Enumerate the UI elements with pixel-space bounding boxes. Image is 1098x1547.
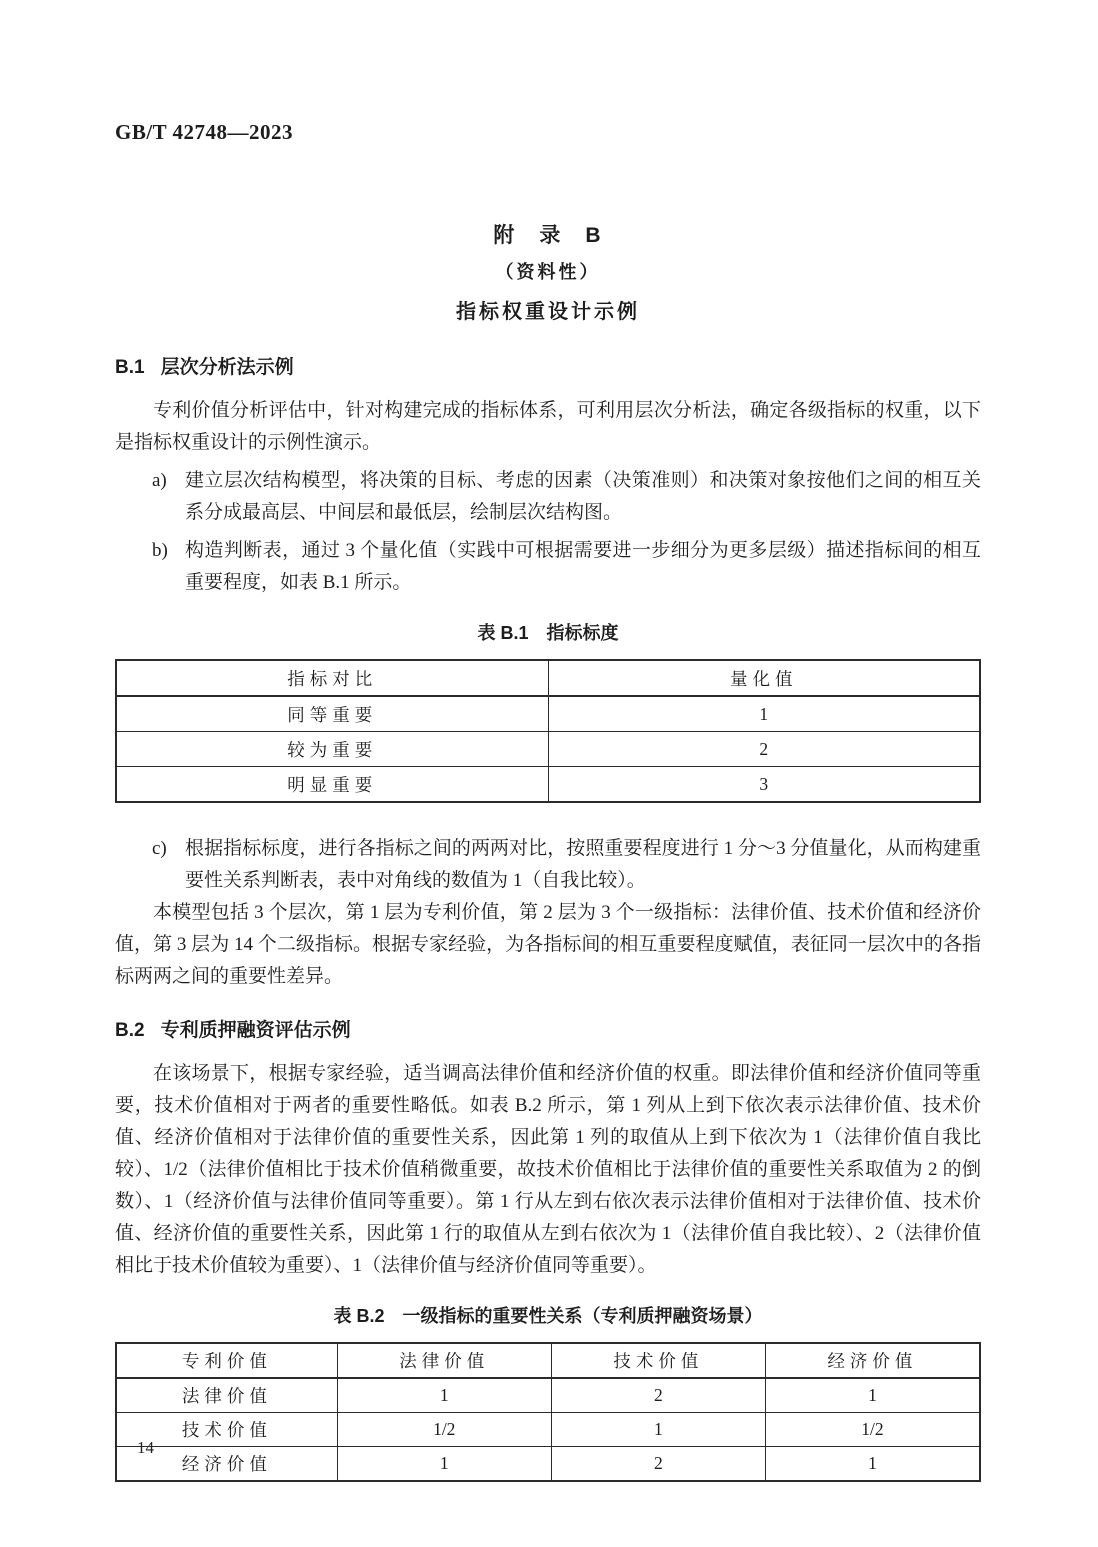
table-row: 技术价值 1/2 1 1/2 <box>116 1413 980 1447</box>
list-item-text: 建立层次结构模型，将决策的目标、考虑的因素（决策准则）和决策对象按他们之间的相互… <box>185 470 981 523</box>
section-title: 专利质押融资评估示例 <box>161 1020 351 1041</box>
table-row: 法律价值 1 2 1 <box>116 1378 980 1413</box>
table-cell: 法律价值 <box>116 1378 337 1413</box>
table-b2-caption: 表 B.2 一级指标的重要性关系（专利质押融资场景） <box>115 1302 981 1328</box>
table-row: 明显重要 3 <box>116 767 980 803</box>
table-row: 经济价值 1 2 1 <box>116 1447 980 1482</box>
table-cell: 较为重要 <box>116 732 548 767</box>
table-cell: 明显重要 <box>116 767 548 803</box>
section-number: B.2 <box>115 1020 145 1041</box>
appendix-title: 附 录 B <box>115 219 981 249</box>
list-item-a: a) 建立层次结构模型，将决策的目标、考虑的因素（决策准则）和决策对象按他们之间… <box>115 465 981 529</box>
table-cell: 1/2 <box>765 1413 980 1447</box>
section-title: 层次分析法示例 <box>161 357 294 378</box>
table-cell: 2 <box>551 1378 765 1413</box>
table-header-cell: 量化值 <box>548 660 980 696</box>
section-number: B.1 <box>115 357 145 378</box>
table-cell: 2 <box>548 732 980 767</box>
appendix-title-block: 附 录 B （资料性） 指标权重设计示例 <box>115 219 981 324</box>
table-header-row: 指标对比 量化值 <box>116 660 980 696</box>
table-b1: 指标对比 量化值 同等重要 1 较为重要 2 明显重要 3 <box>115 659 981 803</box>
table-cell: 1 <box>551 1413 765 1447</box>
table-cell: 1 <box>337 1447 551 1482</box>
table-cell: 2 <box>551 1447 765 1482</box>
list-item-text: 根据指标标度，进行各指标之间的两两对比，按照重要程度进行 1 分～3 分值量化，… <box>185 838 981 891</box>
list-item-label: b) <box>152 535 168 567</box>
document-page: GB/T 42748—2023 附 录 B （资料性） 指标权重设计示例 B.1… <box>0 0 1098 1547</box>
paragraph-b1-intro: 专利价值分析评估中，针对构建完成的指标体系，可利用层次分析法，确定各级指标的权重… <box>115 395 981 459</box>
standard-number: GB/T 42748—2023 <box>115 120 981 145</box>
list-item-label: c) <box>152 833 167 865</box>
table-header-cell: 经济价值 <box>765 1343 980 1378</box>
list-item-text: 构造判断表，通过 3 个量化值（实践中可根据需要进一步细分为更多层级）描述指标间… <box>185 540 981 593</box>
page-number: 14 <box>137 1438 154 1458</box>
table-cell: 1 <box>337 1378 551 1413</box>
section-heading-b2: B.2专利质押融资评估示例 <box>115 1015 981 1042</box>
list-item-label: a) <box>152 465 167 497</box>
table-header-cell: 指标对比 <box>116 660 548 696</box>
table-header-cell: 法律价值 <box>337 1343 551 1378</box>
table-row: 同等重要 1 <box>116 696 980 732</box>
appendix-subtitle-informative: （资料性） <box>115 258 981 284</box>
paragraph-b1-closing: 本模型包括 3 个层次，第 1 层为专利价值，第 2 层为 3 个一级指标：法律… <box>115 897 981 993</box>
table-row: 较为重要 2 <box>116 732 980 767</box>
paragraph-b2-body: 在该场景下，根据专家经验，适当调高法律价值和经济价值的权重。即法律价值和经济价值… <box>115 1058 981 1282</box>
section-heading-b1: B.1层次分析法示例 <box>115 352 981 379</box>
table-header-cell: 专利价值 <box>116 1343 337 1378</box>
list-item-c: c) 根据指标标度，进行各指标之间的两两对比，按照重要程度进行 1 分～3 分值… <box>115 833 981 897</box>
table-header-cell: 技术价值 <box>551 1343 765 1378</box>
table-b1-caption: 表 B.1 指标标度 <box>115 619 981 645</box>
table-cell: 1 <box>548 696 980 732</box>
table-cell: 同等重要 <box>116 696 548 732</box>
table-b2: 专利价值 法律价值 技术价值 经济价值 法律价值 1 2 1 技术价值 1/2 … <box>115 1342 981 1482</box>
table-cell: 1 <box>765 1378 980 1413</box>
table-cell: 3 <box>548 767 980 803</box>
list-item-b: b) 构造判断表，通过 3 个量化值（实践中可根据需要进一步细分为更多层级）描述… <box>115 535 981 599</box>
table-header-row: 专利价值 法律价值 技术价值 经济价值 <box>116 1343 980 1378</box>
appendix-subject-title: 指标权重设计示例 <box>115 295 981 324</box>
table-cell: 1/2 <box>337 1413 551 1447</box>
page-content: GB/T 42748—2023 附 录 B （资料性） 指标权重设计示例 B.1… <box>115 0 981 1482</box>
table-cell: 1 <box>765 1447 980 1482</box>
